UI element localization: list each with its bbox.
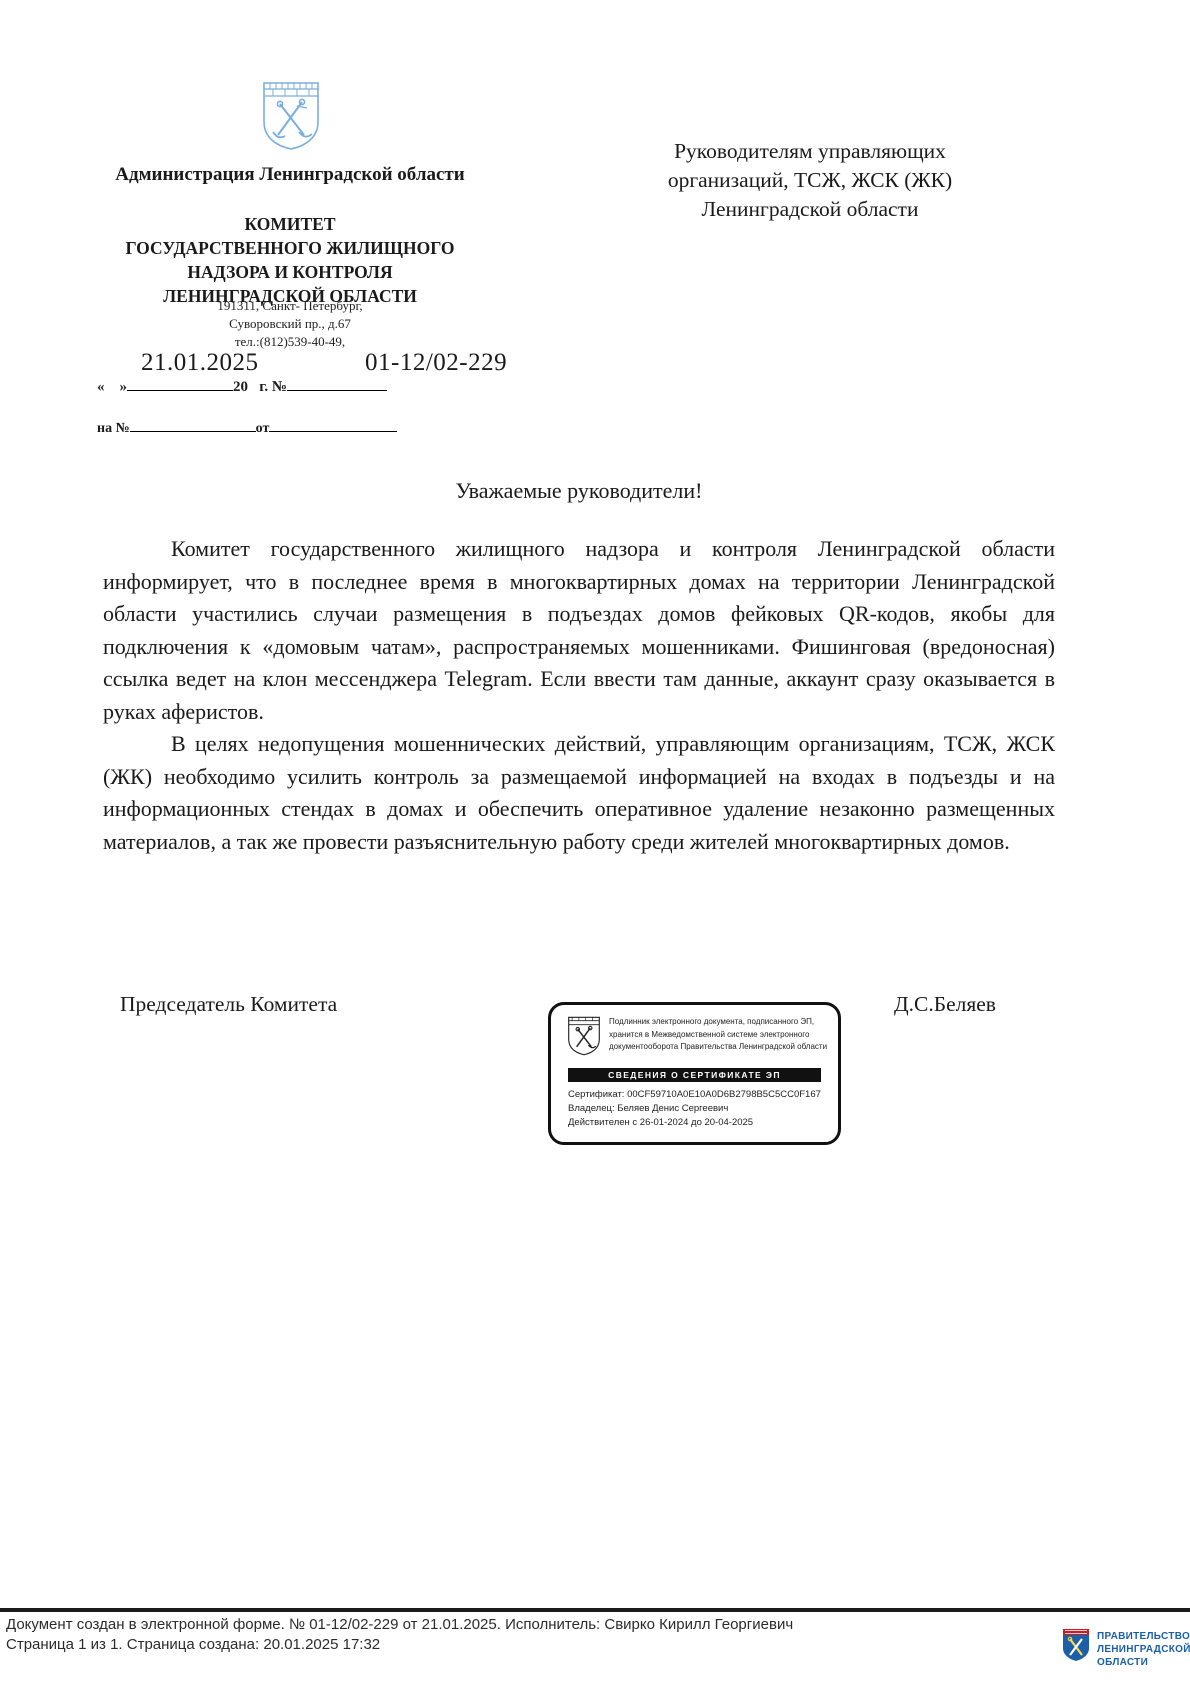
stamp-header-line: хранится в Межведомственной системе элек… [609, 1029, 831, 1042]
esign-stamp: Подлинник электронного документа, подпис… [548, 1002, 841, 1145]
government-logo-text: ПРАВИТЕЛЬСТВО ЛЕНИНГРАДСКОЙ ОБЛАСТИ [1097, 1628, 1190, 1669]
recipient-line: Ленинградской области [600, 195, 1020, 224]
government-logo-shield-icon [1062, 1628, 1090, 1662]
administration-title: Администрация Ленинградской области [60, 164, 520, 186]
committee-name-line: НАДЗОРА И КОНТРОЛЯ [60, 260, 520, 284]
body-paragraph-1: Комитет государственного жилищного надзо… [103, 533, 1055, 728]
body-paragraph-2: В целях недопущения мошеннических действ… [103, 728, 1055, 858]
coat-of-arms-icon [261, 80, 321, 152]
signature-name: Д.С.Беляев [894, 992, 996, 1017]
stamp-header-line: документооборота Правительства Ленинград… [609, 1041, 831, 1054]
number-blank-underline [287, 376, 387, 391]
letter-document: Администрация Ленинградской области КОМИ… [0, 0, 1190, 1684]
government-logo-text-line: ОБЛАСТИ [1097, 1656, 1190, 1669]
date-blank-line: « »20 г. № [97, 376, 387, 396]
date-blank-underline [127, 376, 233, 391]
footer-meta-line-2: Страница 1 из 1. Страница создана: 20.01… [6, 1635, 986, 1655]
recipient-block: Руководителям управляющих организаций, Т… [600, 137, 1020, 224]
certificate-validity: Действителен с 26-01-2024 до 20-04-2025 [568, 1116, 828, 1130]
outgoing-number: 01-12/02-229 [365, 349, 507, 377]
reply-reference-line: на №от [97, 417, 397, 437]
reply-date-underline [269, 417, 397, 432]
recipient-line: Руководителям управляющих [600, 137, 1020, 166]
signature-position: Председатель Комитета [120, 992, 337, 1017]
close-quote: » [120, 379, 128, 395]
outgoing-date: 21.01.2025 [141, 349, 259, 377]
reply-from-label: от [256, 421, 270, 436]
footer-meta-line-1: Документ создан в электронной форме. № 0… [6, 1615, 986, 1635]
certificate-details: Сертификат: 00CF59710A0E10A0D6B2798B5C5C… [568, 1088, 828, 1130]
committee-name-line: КОМИТЕТ [60, 212, 520, 236]
certificate-number: Сертификат: 00CF59710A0E10A0D6B2798B5C5C… [568, 1088, 828, 1102]
address-line: Суворовский пр., д.67 [60, 315, 520, 333]
stamp-header-line: Подлинник электронного документа, подпис… [609, 1016, 831, 1029]
year-prefix: 20 [233, 379, 248, 395]
number-label: г. № [259, 379, 287, 395]
committee-address: 191311, Санкт- Петербург, Суворовский пр… [60, 297, 520, 351]
stamp-header: Подлинник электронного документа, подпис… [609, 1016, 831, 1054]
address-line: 191311, Санкт- Петербург, [60, 297, 520, 315]
government-logo-text-line: ЛЕНИНГРАДСКОЙ [1097, 1643, 1190, 1656]
government-logo-text-line: ПРАВИТЕЛЬСТВО [1097, 1630, 1190, 1643]
reply-number-underline [130, 417, 256, 432]
reference-block: 21.01.2025 01-12/02-229 « »20 г. № [97, 349, 537, 409]
certificate-info-bar: СВЕДЕНИЯ О СЕРТИФИКАТЕ ЭП [568, 1068, 821, 1082]
government-logo: ПРАВИТЕЛЬСТВО ЛЕНИНГРАДСКОЙ ОБЛАСТИ [1062, 1628, 1190, 1669]
committee-name-line: ГОСУДАРСТВЕННОГО ЖИЛИЩНОГО [60, 236, 520, 260]
open-quote: « [97, 379, 105, 395]
stamp-coat-of-arms-icon [567, 1015, 601, 1057]
footer-meta: Документ создан в электронной форме. № 0… [6, 1615, 986, 1655]
footer-divider [0, 1608, 1190, 1612]
certificate-owner: Владелец: Беляев Денис Сергеевич [568, 1102, 828, 1116]
salutation: Уважаемые руководители! [103, 478, 1055, 504]
reply-label: на № [97, 421, 130, 436]
committee-name: КОМИТЕТ ГОСУДАРСТВЕННОГО ЖИЛИЩНОГО НАДЗО… [60, 212, 520, 308]
letter-body: Комитет государственного жилищного надзо… [103, 533, 1055, 858]
recipient-line: организаций, ТСЖ, ЖСК (ЖК) [600, 166, 1020, 195]
